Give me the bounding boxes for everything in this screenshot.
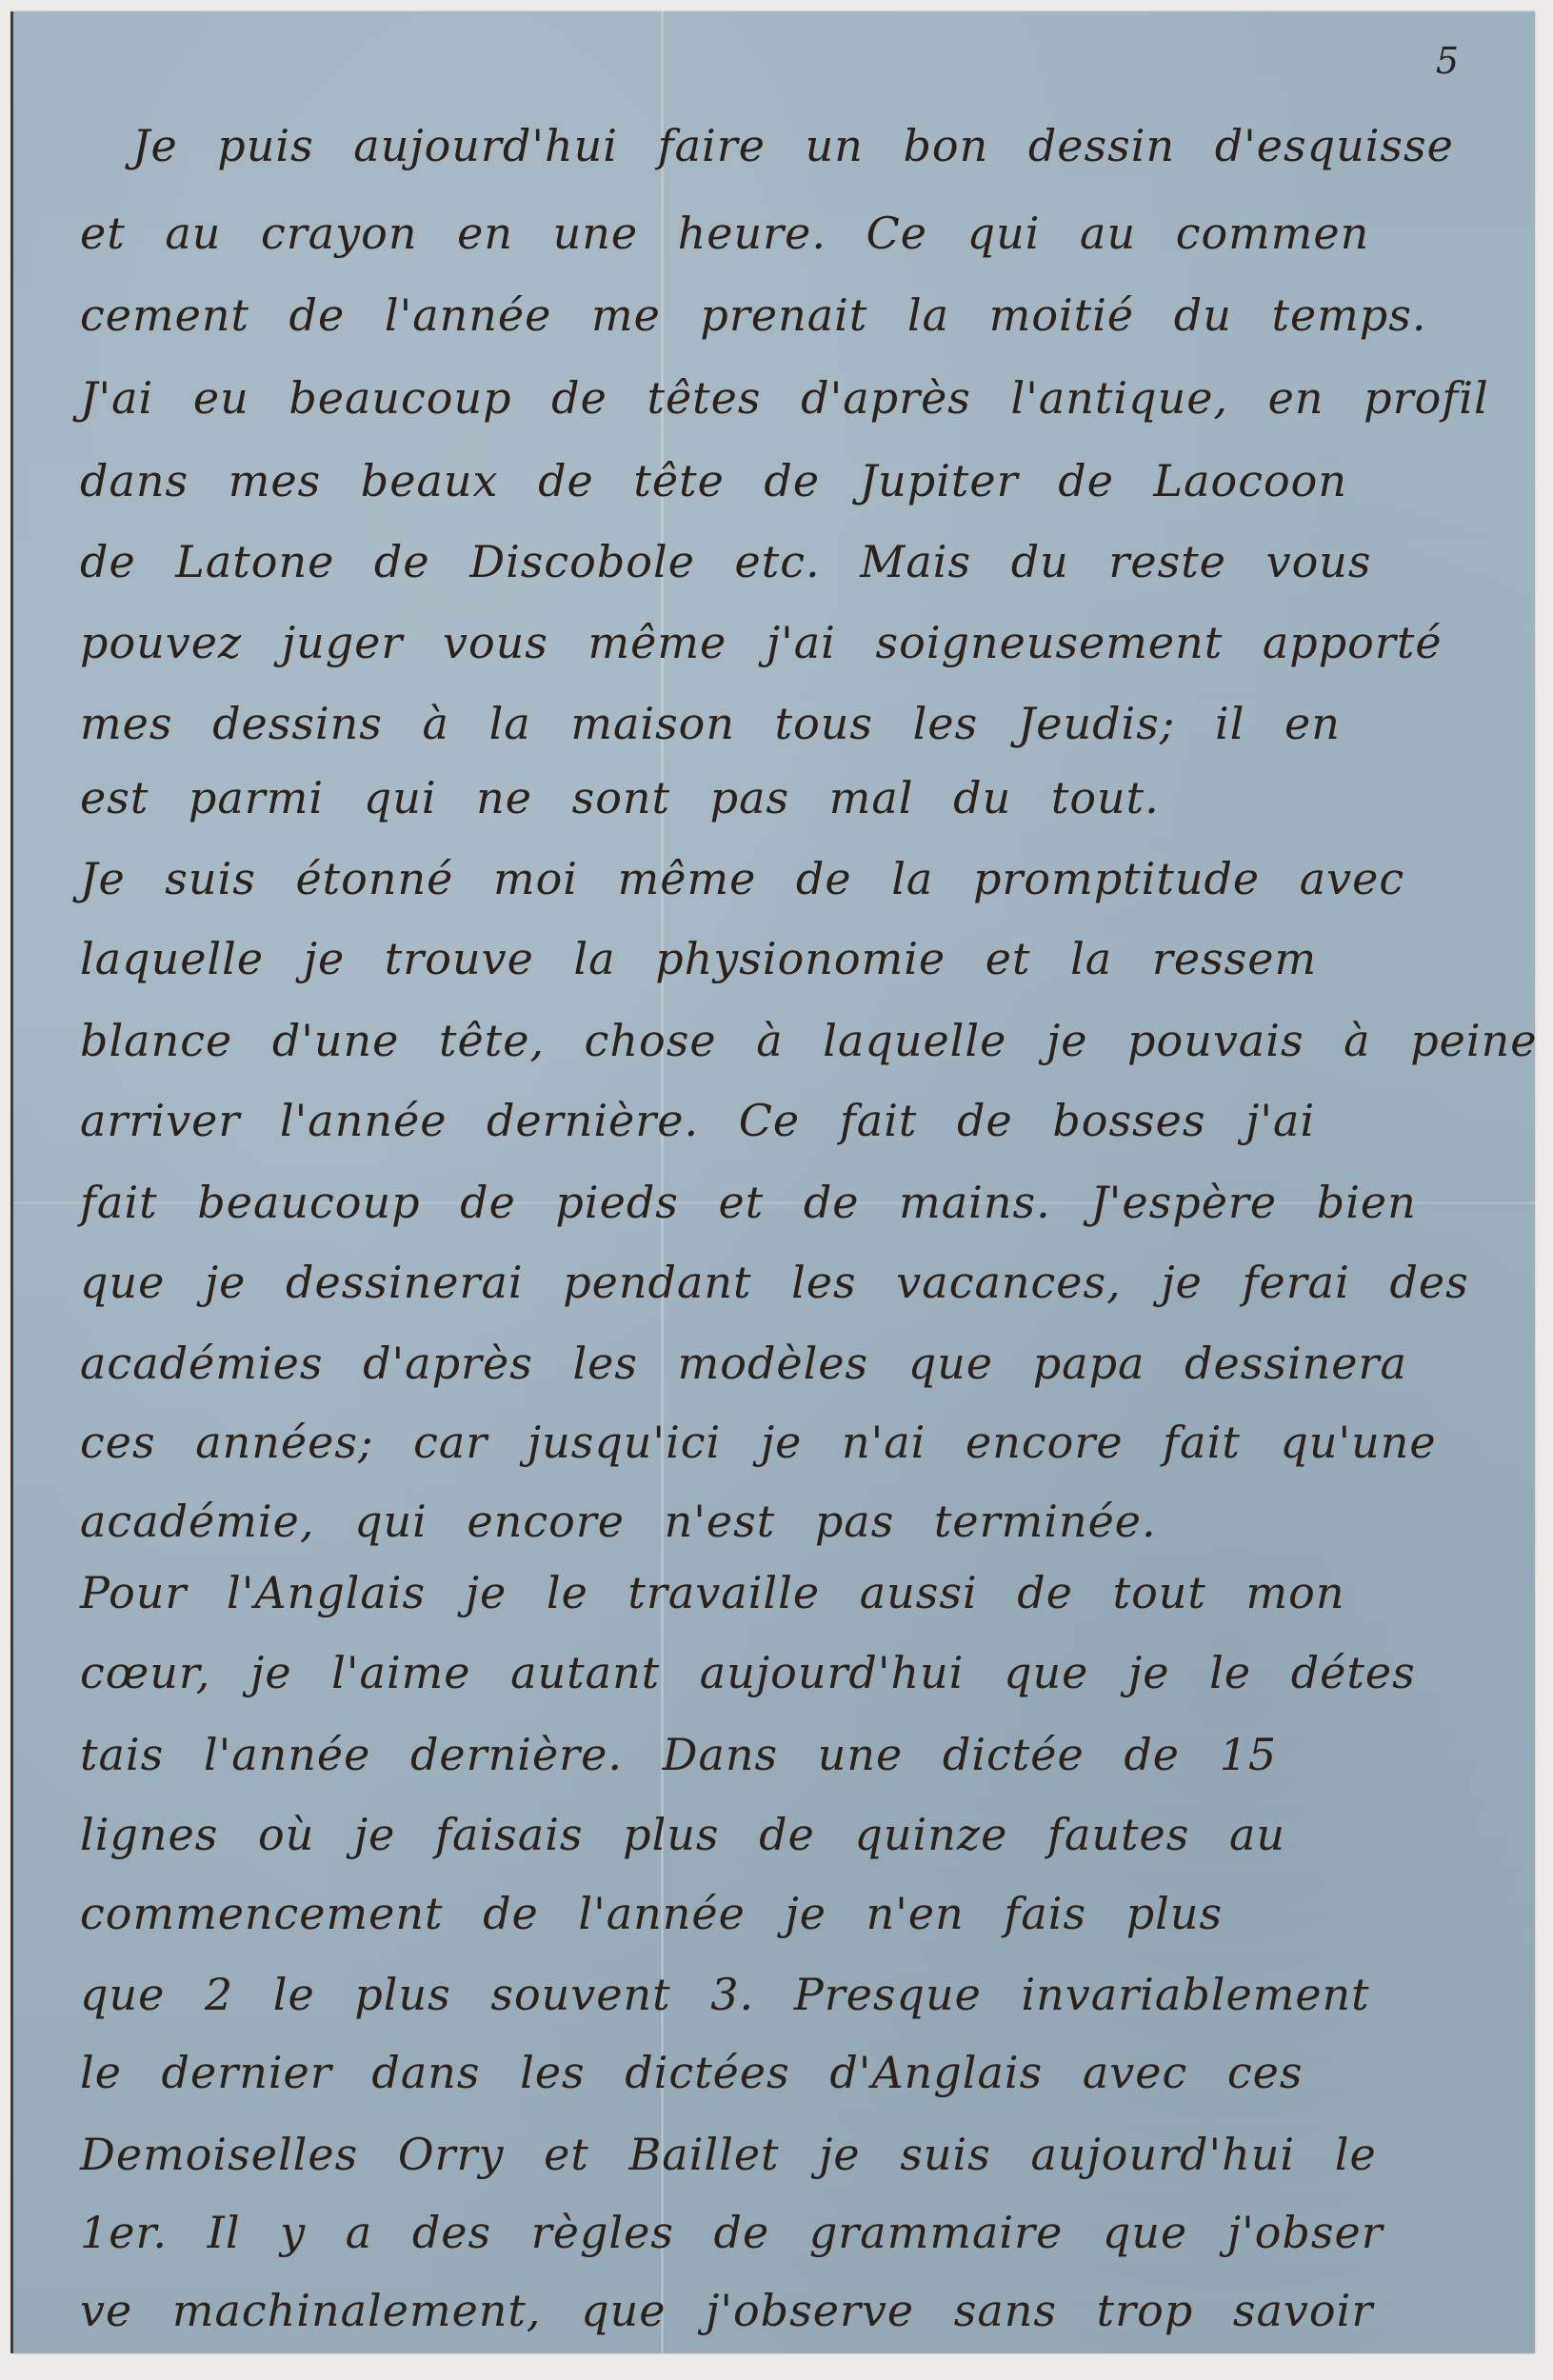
- text-line: est parmi qui ne sont pas mal du tout.: [80, 776, 1497, 820]
- text-line: mes dessins à la maison tous les Jeudis;…: [80, 702, 1497, 745]
- letter-sheet: 5 Je puis aujourd'hui faire un bon dessi…: [13, 11, 1535, 2353]
- text-line: cœur, je l'aime autant aujourd'hui que j…: [80, 1651, 1497, 1695]
- text-line: et au crayon en une heure. Ce qui au com…: [80, 211, 1497, 255]
- text-line: tais l'année dernière. Dans une dictée d…: [80, 1733, 1497, 1776]
- text-line: Demoiselles Orry et Baillet je suis aujo…: [80, 2132, 1497, 2176]
- text-line: Je suis étonné moi même de la promptitud…: [80, 857, 1497, 901]
- text-line: commencement de l'année je n'en fais plu…: [80, 1892, 1497, 1935]
- text-line: de Latone de Discobole etc. Mais du rest…: [80, 540, 1497, 584]
- text-line: que je dessinerai pendant les vacances, …: [80, 1260, 1497, 1304]
- text-line: Pour l'Anglais je le travaille aussi de …: [80, 1571, 1497, 1615]
- text-line: fait beaucoup de pieds et de mains. J'es…: [80, 1180, 1497, 1224]
- text-line: que 2 le plus souvent 3. Presque invaria…: [80, 1973, 1497, 2016]
- text-line: pouvez juger vous même j'ai soigneusemen…: [80, 621, 1497, 664]
- text-line: académie, qui encore n'est pas terminée.: [80, 1499, 1497, 1543]
- text-line: lignes où je faisais plus de quinze faut…: [80, 1813, 1497, 1856]
- text-line: Je puis aujourd'hui faire un bon dessin …: [132, 124, 1497, 168]
- text-line: J'ai eu beaucoup de têtes d'après l'anti…: [80, 376, 1497, 420]
- text-line: cement de l'année me prenait la moitié d…: [80, 293, 1497, 337]
- text-line: académies d'après les modèles que papa d…: [80, 1341, 1497, 1385]
- handwritten-text-block: Je puis aujourd'hui faire un bon dessin …: [13, 11, 1535, 2353]
- text-line: ces années; car jusqu'ici je n'ai encore…: [80, 1420, 1497, 1464]
- text-line: dans mes beaux de tête de Jupiter de Lao…: [80, 459, 1497, 503]
- text-line: blance d'une tête, chose à laquelle je p…: [80, 1019, 1497, 1062]
- text-line: laquelle je trouve la physionomie et la …: [80, 937, 1497, 981]
- text-line: arriver l'année dernière. Ce fait de bos…: [80, 1099, 1497, 1142]
- text-line: 1er. Il y a des règles de grammaire que …: [80, 2211, 1497, 2254]
- text-line: ve machinalement, que j'observe sans tro…: [80, 2289, 1497, 2332]
- text-line: le dernier dans les dictées d'Anglais av…: [80, 2051, 1497, 2094]
